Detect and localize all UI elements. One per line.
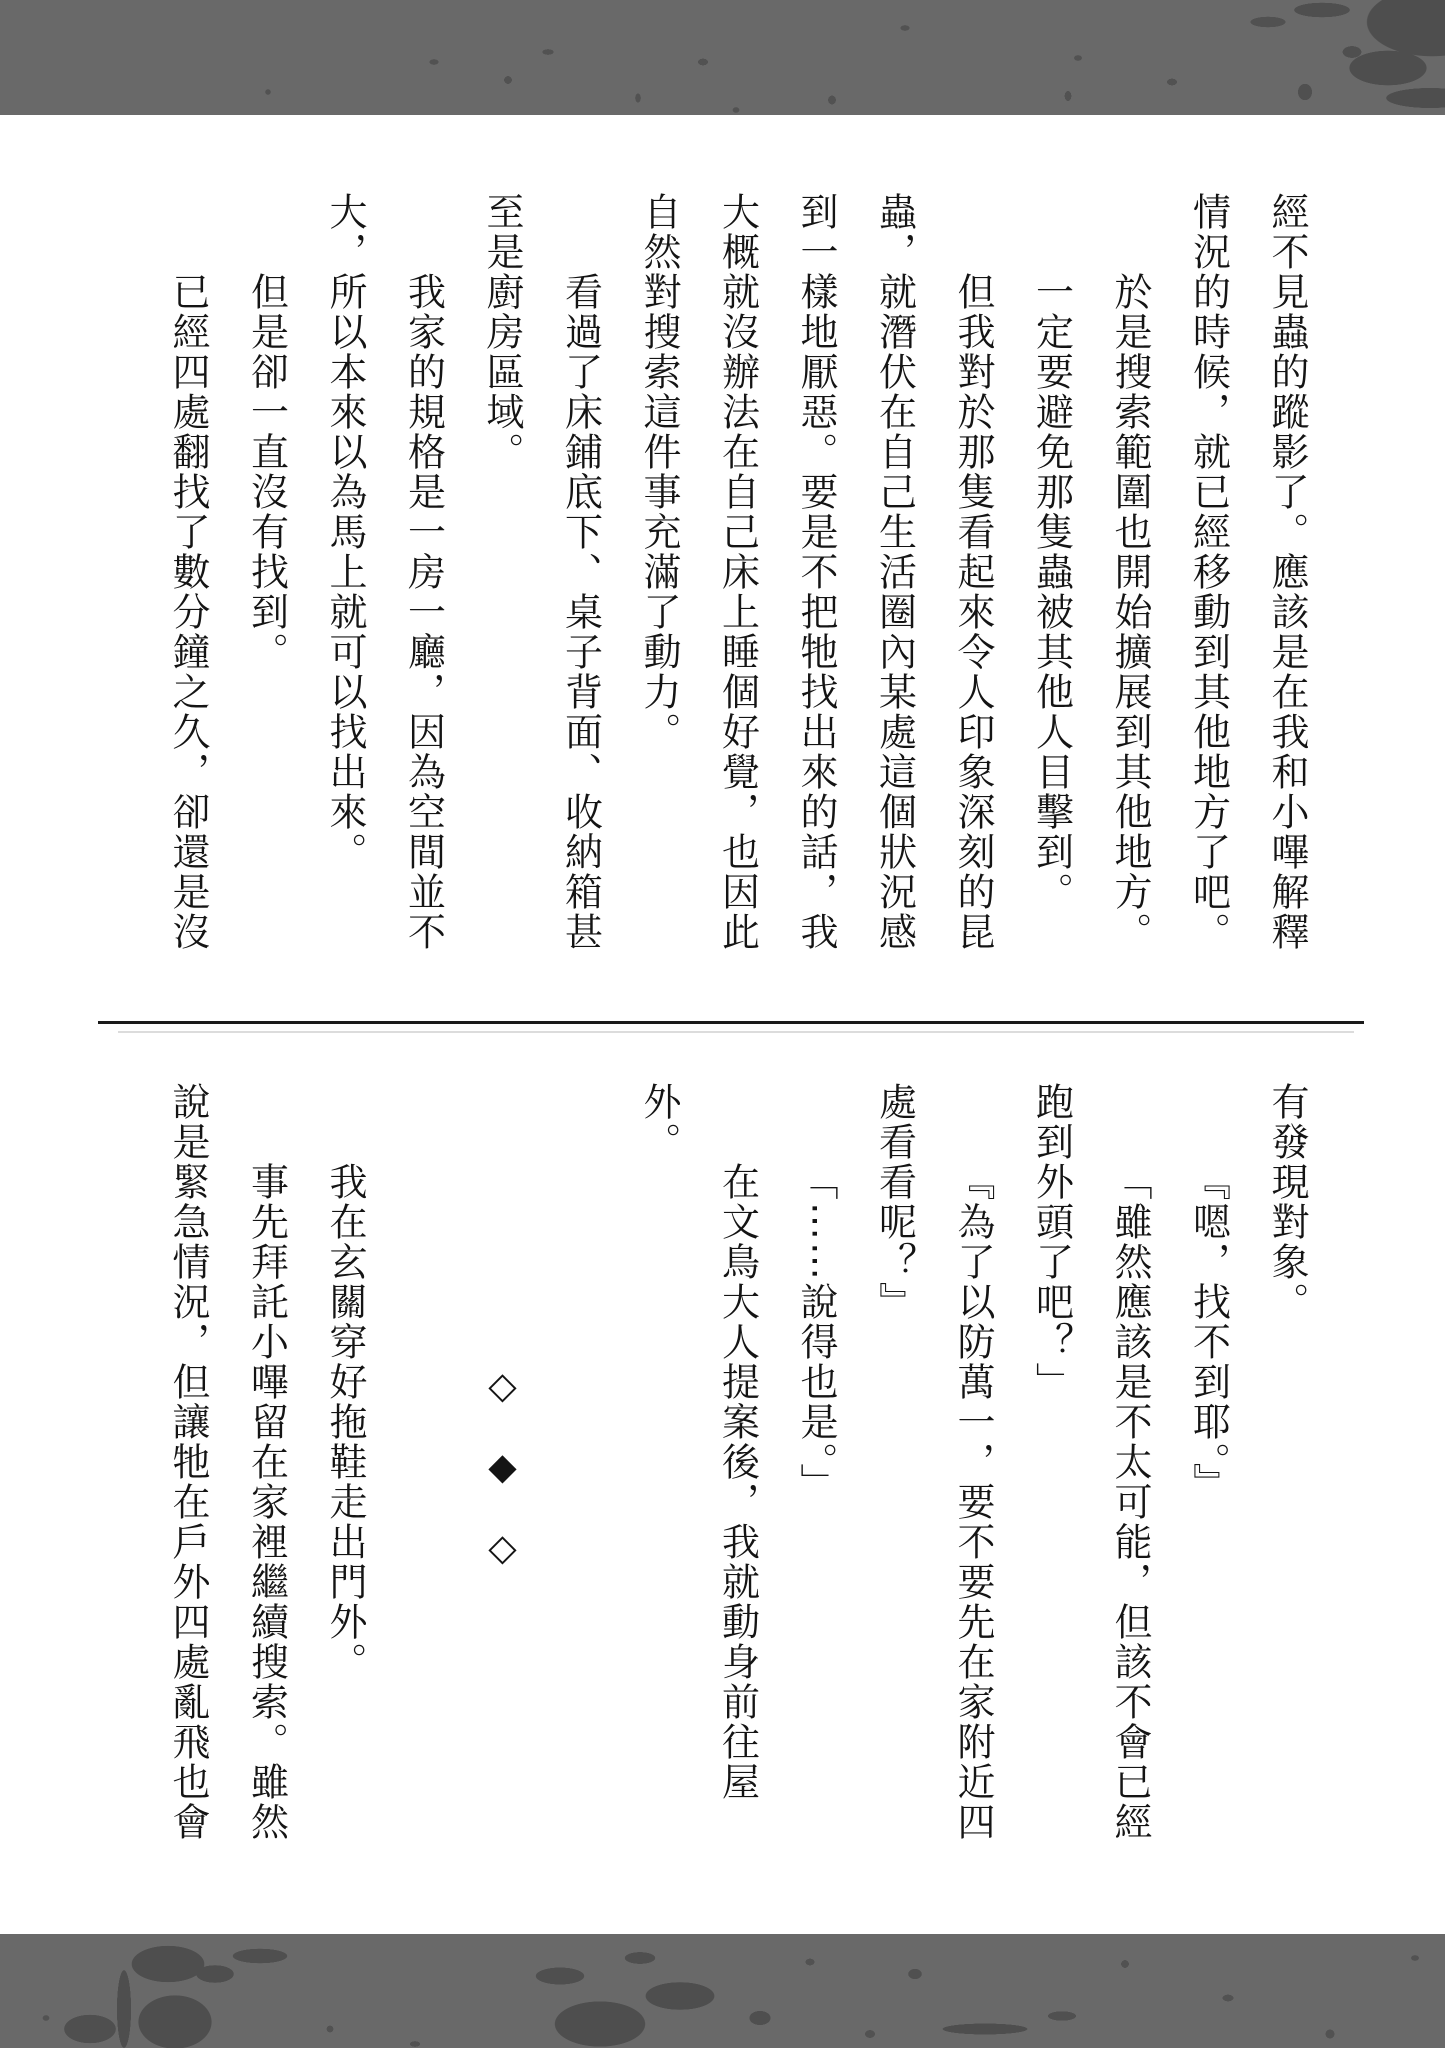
text-column: 外。 — [639, 1082, 677, 1848]
text-column: 情況的時候，就已經移動到其他地方了吧。 — [1189, 192, 1227, 958]
text-column: 在文鳥大人提案後，我就動身前往屋 — [718, 1082, 756, 1848]
text-column: 到一樣地厭惡。要是不把牠找出來的話，我 — [796, 192, 834, 958]
text-column: 至是廚房區域。 — [482, 192, 520, 958]
text-column: 大概就沒辦法在自己床上睡個好覺，也因此 — [718, 192, 756, 958]
text-column: 跑到外頭了吧？」 — [1032, 1082, 1070, 1848]
text-column: 經不見蟲的蹤影了。應該是在我和小嗶解釋 — [1267, 192, 1305, 958]
text-column: 蟲，就潛伏在自己生活圈內某處這個狀況感 — [875, 192, 913, 958]
novel-page: { "page": { "background_color": "#ffffff… — [0, 0, 1445, 2048]
text-column: 說是緊急情況，但讓牠在戶外四處亂飛也會 — [168, 1082, 206, 1848]
text-column: 一定要避免那隻蟲被其他人目擊到。 — [1032, 192, 1070, 958]
text-column: 我家的規格是一房一廳，因為空間並不 — [404, 192, 442, 958]
text-column: 「雖然應該是不太可能，但該不會已經 — [1110, 1082, 1148, 1848]
top-grunge-border — [0, 0, 1445, 115]
bottom-grunge-border — [0, 1934, 1445, 2048]
section-divider-shadow — [118, 1031, 1354, 1033]
text-column: 但我對於那隻看起來令人印象深刻的昆 — [953, 192, 991, 958]
text-section-bottom: 有發現對象。『嗯，找不到耶。』「雖然應該是不太可能，但該不會已經跑到外頭了吧？」… — [124, 1082, 1305, 1848]
text-column: 有發現對象。 — [1267, 1082, 1305, 1848]
blank-column — [561, 1082, 599, 1848]
text-column: 『嗯，找不到耶。』 — [1189, 1082, 1227, 1848]
section-divider-line — [98, 1021, 1364, 1024]
text-column: 看過了床鋪底下、桌子背面、收納箱甚 — [561, 192, 599, 958]
text-column: 大，所以本來以為馬上就可以找出來。 — [325, 192, 363, 958]
text-column: 處看看呢？』 — [875, 1082, 913, 1848]
blank-column — [404, 1082, 442, 1848]
text-column: 我在玄關穿好拖鞋走出門外。 — [325, 1082, 363, 1848]
text-column: 「⋯⋯說得也是。」 — [796, 1082, 834, 1848]
scene-break-marker: ◇◆◇ — [482, 1082, 520, 1848]
text-column: 自然對搜索這件事充滿了動力。 — [639, 192, 677, 958]
text-column: 『為了以防萬一，要不要先在家附近四 — [953, 1082, 991, 1848]
text-column: 已經四處翻找了數分鐘之久，卻還是沒 — [168, 192, 206, 958]
text-column: 但是卻一直沒有找到。 — [247, 192, 285, 958]
text-section-top: 經不見蟲的蹤影了。應該是在我和小嗶解釋情況的時候，就已經移動到其他地方了吧。於是… — [124, 192, 1305, 958]
text-column: 事先拜託小嗶留在家裡繼續搜索。雖然 — [247, 1082, 285, 1848]
text-column: 於是搜索範圍也開始擴展到其他地方。 — [1110, 192, 1148, 958]
